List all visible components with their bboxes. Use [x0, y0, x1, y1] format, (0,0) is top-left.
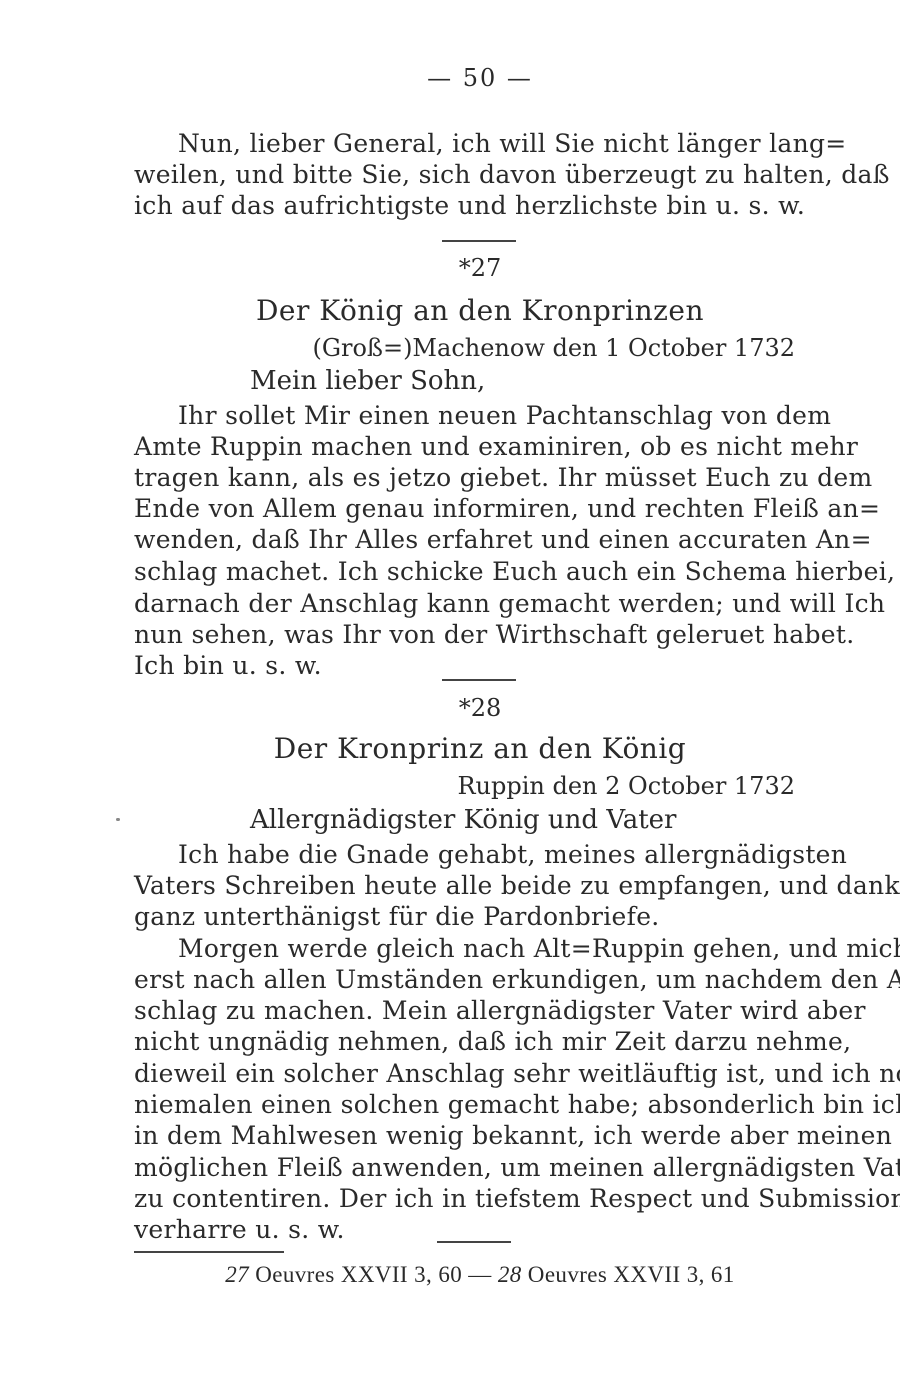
page-number: — 50 —	[0, 64, 900, 92]
letter-title: Der König an den Kronprinzen	[0, 294, 900, 327]
text-line: wenden, daß Ihr Alles erfahret und einen…	[134, 524, 816, 555]
text-line: darnach der Anschlag kann gemacht werden…	[134, 588, 816, 619]
text-line: ich auf das aufrichtigste und herzlichst…	[134, 190, 816, 221]
letter-number: *27	[0, 254, 900, 282]
text-line: nun sehen, was Ihr von der Wirthschaft g…	[134, 619, 816, 650]
text-line: Vaters Schreiben heute alle beide zu emp…	[134, 870, 816, 901]
letter-salutation: Mein lieber Sohn,	[250, 366, 485, 396]
footnote-rule	[134, 1251, 284, 1253]
letter-number: *28	[0, 694, 900, 722]
text-line: tragen kann, als es jetzo giebet. Ihr mü…	[134, 462, 816, 493]
text-line: niemalen einen solchen gemacht habe; abs…	[134, 1089, 816, 1120]
letter-dateline: Ruppin den 2 October 1732	[457, 772, 795, 800]
text-line: möglichen Fleiß anwenden, um meinen alle…	[134, 1152, 816, 1183]
scan-speck	[116, 818, 120, 821]
footnote: 27 Oeuvres XXVII 3, 60 — 28 Oeuvres XXVI…	[0, 1262, 900, 1288]
section-divider	[442, 679, 516, 681]
text-line: Amte Ruppin machen und examiniren, ob es…	[134, 431, 816, 462]
section-divider	[442, 240, 516, 242]
text-line: Morgen werde gleich nach Alt=Ruppin gehe…	[178, 933, 816, 964]
text-line: weilen, und bitte Sie, sich davon überze…	[134, 159, 816, 190]
section-divider	[437, 1241, 511, 1243]
letter-salutation: Allergnädigster König und Vater	[250, 805, 677, 835]
text-line: dieweil ein solcher Anschlag sehr weitlä…	[134, 1058, 816, 1089]
text-line: schlag machet. Ich schicke Euch auch ein…	[134, 556, 816, 587]
text-line: Ich bin u. s. w.	[134, 650, 816, 681]
book-page: — 50 — Nun, lieber General, ich will Sie…	[0, 0, 900, 1398]
footnote-ref-27: 27	[225, 1262, 249, 1287]
text-line: ganz unterthänigst für die Pardonbriefe.	[134, 901, 816, 932]
footnote-source-28: Oeuvres XXVII 3, 61	[522, 1262, 735, 1287]
text-line: nicht ungnädig nehmen, daß ich mir Zeit …	[134, 1026, 816, 1057]
text-line: Ihr sollet Mir einen neuen Pachtanschlag…	[178, 400, 816, 431]
footnote-source-27: Oeuvres XXVII 3, 60 —	[249, 1262, 498, 1287]
footnote-ref-28: 28	[498, 1262, 522, 1287]
text-line: schlag zu machen. Mein allergnädigster V…	[134, 995, 816, 1026]
text-line: in dem Mahlwesen wenig bekannt, ich werd…	[134, 1120, 816, 1151]
letter-title: Der Kronprinz an den König	[0, 732, 900, 765]
text-line: Ich habe die Gnade gehabt, meines allerg…	[178, 839, 816, 870]
letter-dateline: (Groß=)Machenow den 1 October 1732	[312, 334, 795, 362]
text-line: Ende von Allem genau informiren, und rec…	[134, 493, 816, 524]
text-line: erst nach allen Umständen erkundigen, um…	[134, 964, 816, 995]
text-line: zu contentiren. Der ich in tiefstem Resp…	[134, 1183, 816, 1214]
text-line: Nun, lieber General, ich will Sie nicht …	[178, 128, 816, 159]
